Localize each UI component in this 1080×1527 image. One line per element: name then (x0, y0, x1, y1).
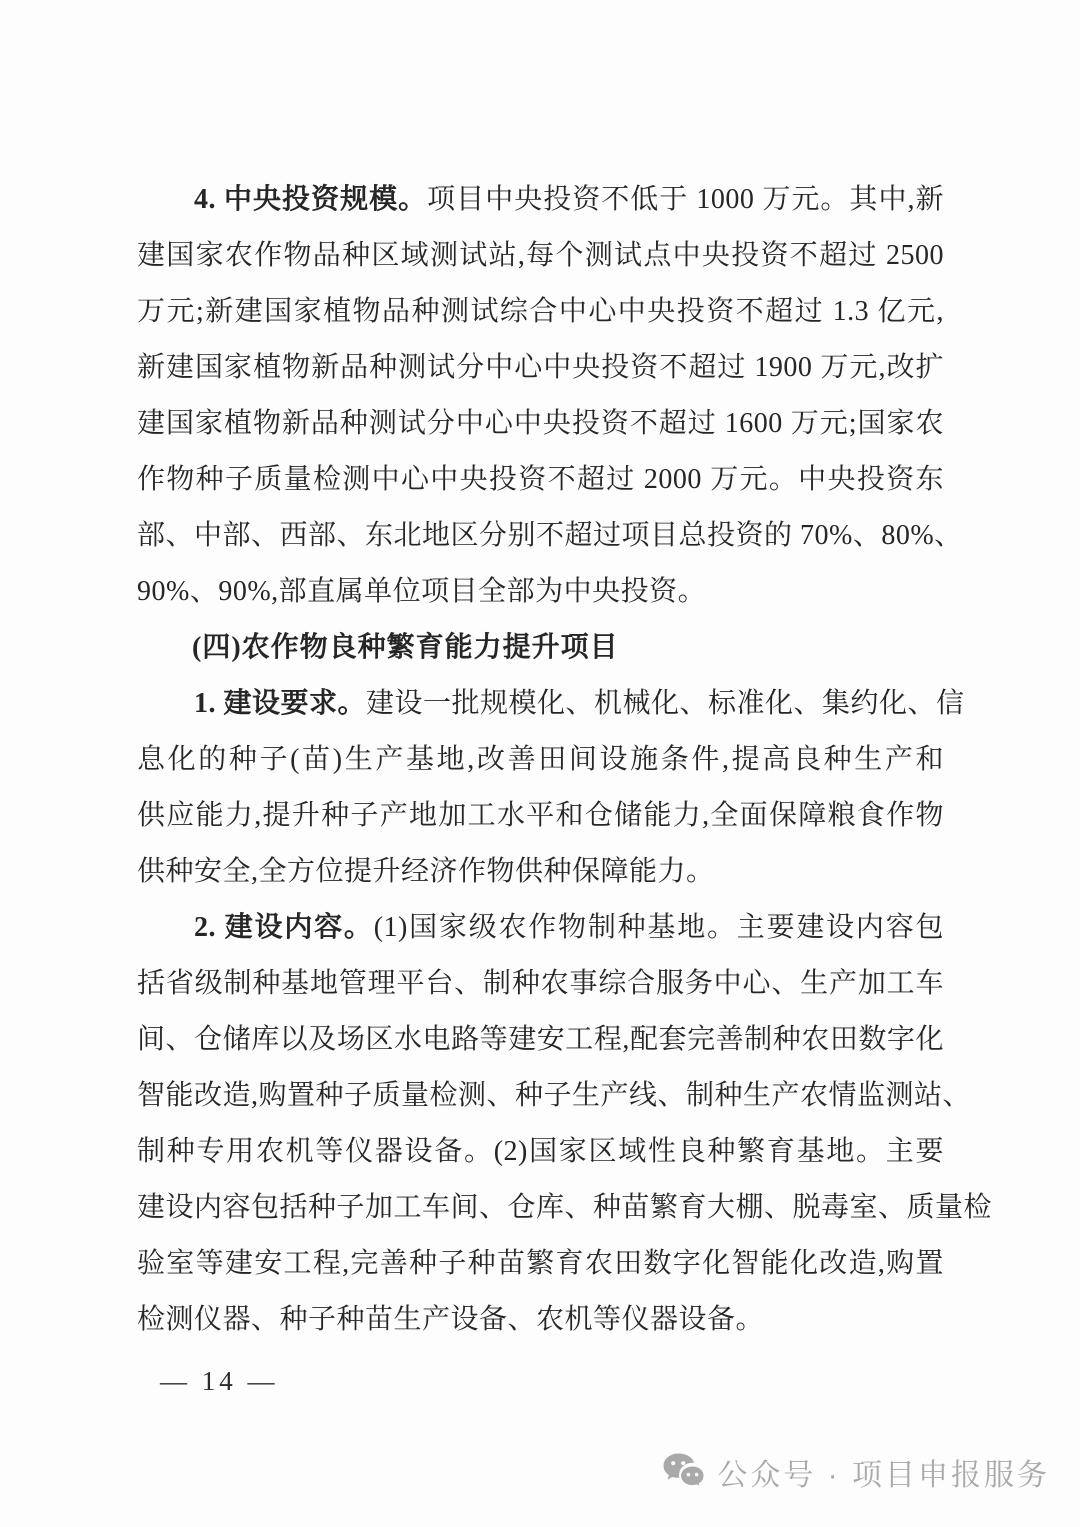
text-line: 验室等建安工程,完善种子种苗繁育农田数字化智能化改造,购置 (137, 1236, 944, 1292)
text-line: 制种专用农机等仪器设备。(2)国家区域性良种繁育基地。主要 (137, 1124, 944, 1180)
text-line: 2. 建设内容。(1)国家级农作物制种基地。主要建设内容包 (137, 900, 944, 956)
text-line: 部、中部、西部、东北地区分别不超过项目总投资的 70%、80%、 (137, 508, 944, 564)
text-line: 间、仓储库以及场区水电路等建安工程,配套完善制种农田数字化 (137, 1012, 944, 1068)
text-line: 智能改造,购置种子质量检测、种子生产线、制种生产农情监测站、 (137, 1068, 944, 1124)
text-line: 供种安全,全方位提升经济作物供种保障能力。 (137, 844, 944, 900)
paragraph-text: 建设一批规模化、机械化、标准化、集约化、信 (366, 688, 965, 719)
text-line: 括省级制种基地管理平台、制种农事综合服务中心、生产加工车 (137, 956, 944, 1012)
text-line: 建国家植物新品种测试分中心中央投资不超过 1600 万元;国家农 (137, 396, 944, 452)
text-line: 90%、90%,部直属单位项目全部为中央投资。 (137, 564, 944, 620)
text-line: 供应能力,提升种子产地加工水平和仓储能力,全面保障粮食作物 (137, 788, 944, 844)
text-line: 建国家农作物品种区域测试站,每个测试点中央投资不超过 2500 (137, 228, 944, 284)
text-line: 作物种子质量检测中心中央投资不超过 2000 万元。中央投资东 (137, 452, 944, 508)
paragraph-lead: 1. 建设要求。 (194, 688, 366, 719)
document-body: 4. 中央投资规模。项目中央投资不低于 1000 万元。其中,新 建国家农作物品… (137, 172, 944, 1348)
watermark: 公众号 · 项目申报服务 (662, 1450, 1050, 1494)
paragraph-text: (1)国家级农作物制种基地。主要建设内容包 (374, 912, 944, 943)
text-line: 4. 中央投资规模。项目中央投资不低于 1000 万元。其中,新 (137, 172, 944, 228)
paragraph-lead: 2. 建设内容。 (194, 912, 374, 943)
text-line: 建设内容包括种子加工车间、仓库、种苗繁育大棚、脱毒室、质量检 (137, 1180, 944, 1236)
text-line: 新建国家植物新品种测试分中心中央投资不超过 1900 万元,改扩 (137, 340, 944, 396)
watermark-label: 公众号 · 项目申报服务 (717, 1450, 1050, 1494)
document-page: 4. 中央投资规模。项目中央投资不低于 1000 万元。其中,新 建国家农作物品… (0, 0, 1080, 1527)
text-line: 息化的种子(苗)生产基地,改善田间设施条件,提高良种生产和 (137, 732, 944, 788)
paragraph-text: 项目中央投资不低于 1000 万元。其中,新 (427, 184, 944, 215)
page-number: — 14 — (160, 1366, 279, 1397)
text-line: 检测仪器、种子种苗生产设备、农机等仪器设备。 (137, 1292, 944, 1348)
wechat-icon (662, 1452, 706, 1492)
text-line: 1. 建设要求。建设一批规模化、机械化、标准化、集约化、信 (137, 676, 944, 732)
section-heading: (四)农作物良种繁育能力提升项目 (137, 620, 944, 676)
text-line: 万元;新建国家植物品种测试综合中心中央投资不超过 1.3 亿元, (137, 284, 944, 340)
paragraph-lead: 4. 中央投资规模。 (194, 184, 427, 215)
